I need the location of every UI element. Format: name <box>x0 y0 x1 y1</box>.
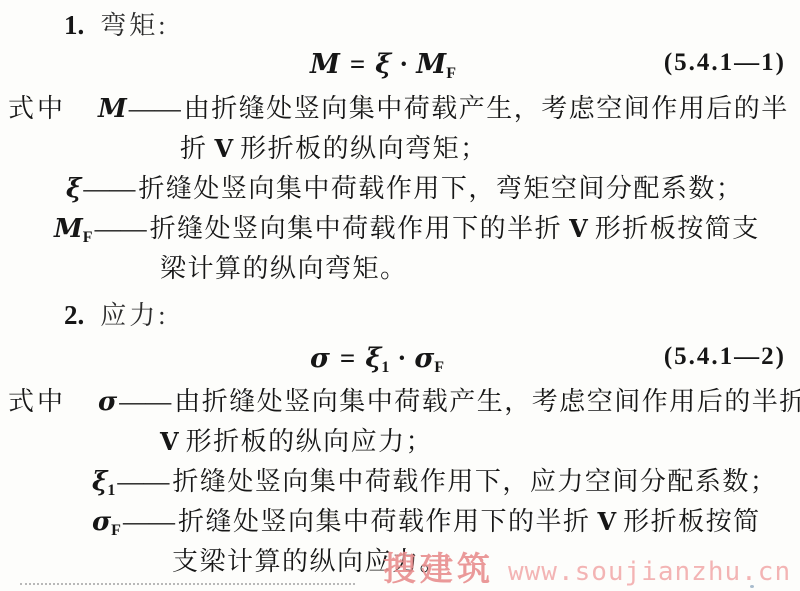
term-row-sigma: 式中σ——由折缝处竖向集中荷载产生，考虑空间作用后的半折 <box>8 385 800 419</box>
document-page: 1.弯矩: M=ξ·MF (5.4.1—1) 式中M——由折缝处竖向集中荷载产生… <box>0 0 800 591</box>
term-sigma-line2: V形折板的纵向应力； <box>160 425 433 459</box>
em-dash: —— <box>119 387 171 416</box>
em-dash: —— <box>123 507 175 536</box>
term-mf-line1-post: 形折板按简支 <box>595 214 760 243</box>
equation-number-1: (5.4.1—1) <box>664 49 786 77</box>
formula-2-lhs: σ <box>310 343 330 374</box>
formula-1: M=ξ·MF <box>310 47 456 91</box>
formula-1-xi: ξ <box>375 49 391 80</box>
formula-1-rhs-base: M <box>416 49 446 80</box>
term-mf-line2: 梁计算的纵向弯矩。 <box>160 252 408 286</box>
formula-2-rhs-base: σ <box>414 343 434 374</box>
where-label-1: 式中 <box>8 94 66 123</box>
term-row-xi1: ξ1——折缝处竖向集中荷载作用下，应力空间分配系数； <box>92 465 777 508</box>
letter-v: V <box>215 134 234 163</box>
term-row-mf: MF——折缝处竖向集中荷载作用下的半折V形折板按简支 <box>54 212 760 255</box>
term-symbol-xi1-subscript: 1 <box>107 482 115 499</box>
letter-v: V <box>569 214 588 243</box>
term-symbol-sigma: σ <box>98 387 117 417</box>
formula-2-xi: ξ <box>365 343 381 374</box>
term-m-line2-post: 形折板的纵向弯矩； <box>240 134 488 163</box>
formula-1-dot: · <box>399 49 408 79</box>
term-mf-line1-pre: 折缝处竖向集中荷载作用下的半折 <box>150 214 563 243</box>
watermark: 搜建筑www.soujianzhu.cn <box>383 543 791 590</box>
formula-1-equals: = <box>350 49 365 79</box>
section-2-number: 2. <box>64 300 84 330</box>
section-1-heading: 1.弯矩: <box>64 8 168 43</box>
formula-1-rhs-subscript: F <box>446 65 456 82</box>
letter-v: V <box>597 507 616 536</box>
formula-2-rhs-subscript: F <box>434 359 444 376</box>
term-m-line2-pre: 折 <box>180 134 208 163</box>
term-xi-line1: 折缝处竖向集中荷载作用下，弯矩空间分配系数； <box>138 174 743 203</box>
term-sigmaf-line1-post: 形折板按简 <box>623 507 761 536</box>
watermark-brand: 搜建筑 <box>383 550 494 587</box>
equation-number-2: (5.4.1—2) <box>664 343 786 371</box>
term-row-xi: ξ——折缝处竖向集中荷载作用下，弯矩空间分配系数； <box>66 172 743 206</box>
term-row-sigmaf: σF——折缝处竖向集中荷载作用下的半折V形折板按简 <box>92 505 761 548</box>
term-symbol-xi1: ξ <box>92 467 107 497</box>
section-2-title: 应力: <box>100 301 168 330</box>
dotted-separator <box>20 583 355 585</box>
term-row-m: 式中M——由折缝处竖向集中荷载产生，考虑空间作用后的半 <box>8 92 789 126</box>
term-symbol-xi: ξ <box>66 174 81 204</box>
em-dash: —— <box>83 174 135 203</box>
formula-1-lhs: M <box>310 49 340 80</box>
formula-2: σ=ξ1·σF <box>310 341 444 385</box>
term-symbol-sigmaf-subscript: F <box>111 522 121 539</box>
em-dash: —— <box>117 467 169 496</box>
term-m-line2: 折V形折板的纵向弯矩； <box>180 132 488 166</box>
section-1-number: 1. <box>64 10 84 40</box>
term-sigma-line1: 由折缝处竖向集中荷载产生，考虑空间作用后的半折 <box>174 387 800 416</box>
term-symbol-mf: M <box>54 214 83 244</box>
formula-2-xi-subscript: 1 <box>381 359 389 376</box>
where-label-2: 式中 <box>8 387 66 416</box>
section-2-heading: 2.应力: <box>64 298 168 333</box>
em-dash: —— <box>95 214 147 243</box>
em-dash: —— <box>129 94 181 123</box>
section-1-title: 弯矩: <box>100 11 168 40</box>
formula-2-dot: · <box>397 343 406 373</box>
term-xi1-line1: 折缝处竖向集中荷载作用下，应力空间分配系数； <box>172 467 777 496</box>
term-symbol-m: M <box>98 94 127 124</box>
formula-2-equals: = <box>340 343 355 373</box>
term-symbol-mf-subscript: F <box>83 229 93 246</box>
watermark-url: www.soujianzhu.cn <box>508 557 791 587</box>
term-m-line1: 由折缝处竖向集中荷载产生，考虑空间作用后的半 <box>184 94 789 123</box>
letter-v: V <box>160 427 179 456</box>
term-sigmaf-line1-pre: 折缝处竖向集中荷载作用下的半折 <box>178 507 591 536</box>
term-symbol-sigmaf: σ <box>92 507 111 537</box>
term-sigma-line2-post: 形折板的纵向应力； <box>186 427 434 456</box>
